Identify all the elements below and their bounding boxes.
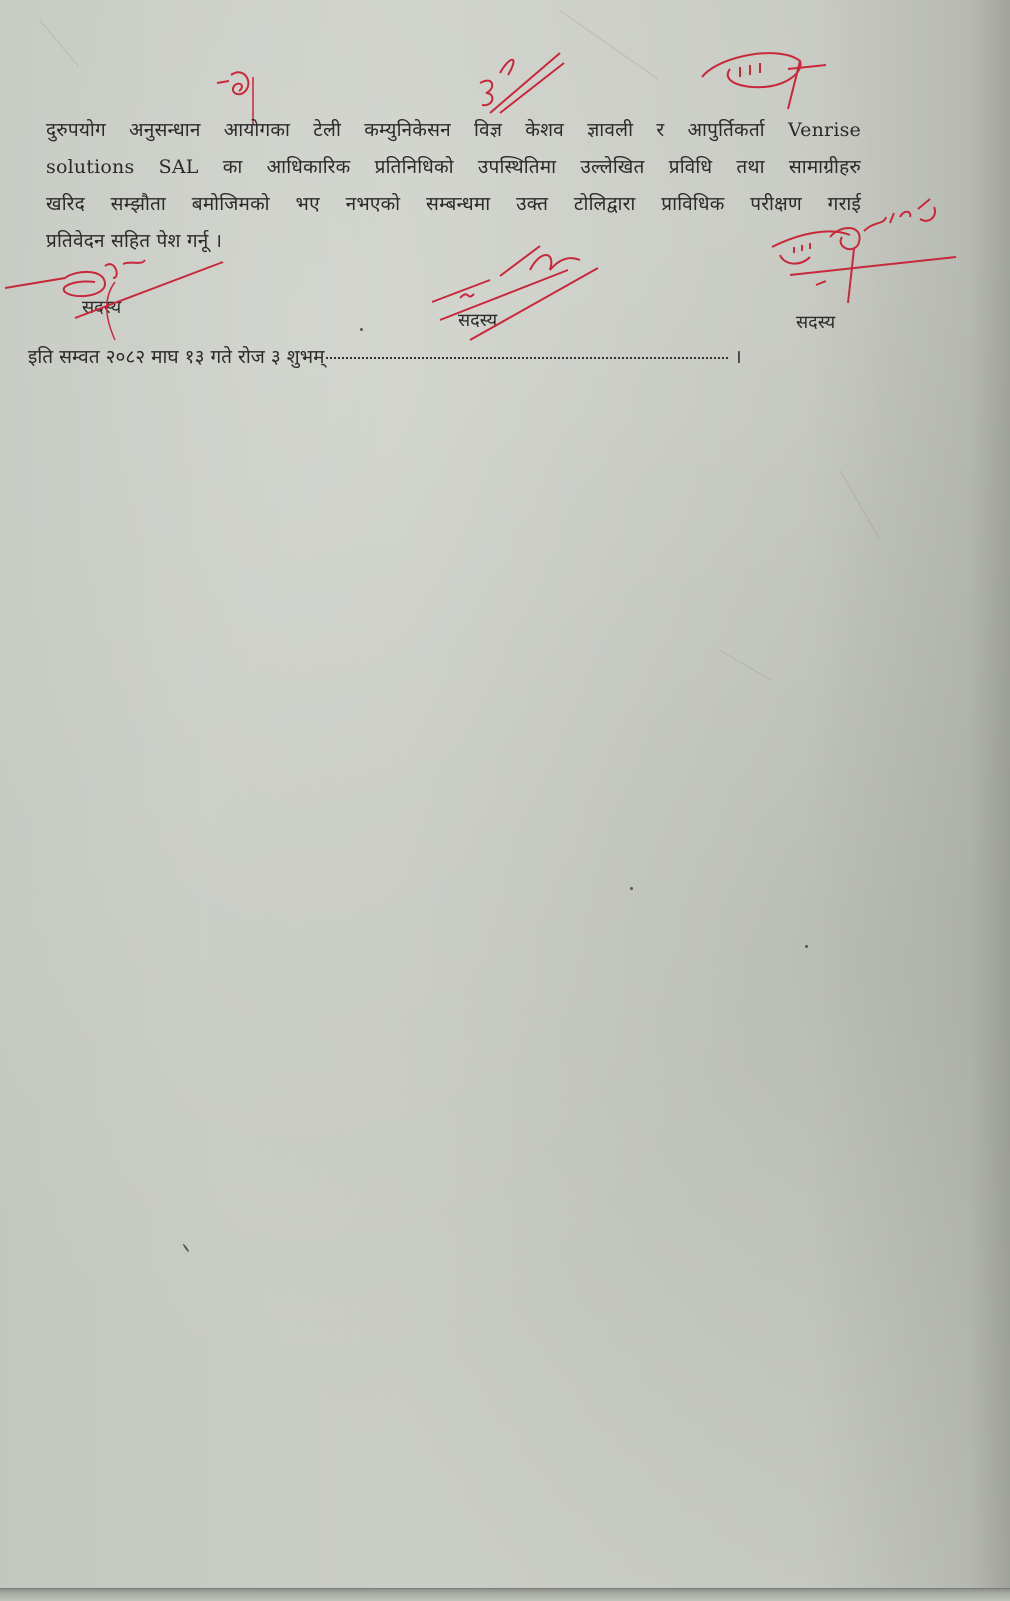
body-paragraph: दुरुपयोग अनुसन्धान आयोगका टेली कम्युनिके… [46,112,861,260]
paper-speck [182,1243,189,1252]
paper-speck [630,887,633,890]
paragraph-line-2: solutions SAL का आधिकारिक प्रतिनिधिको उप… [46,149,861,186]
page-shadow [970,0,1010,1601]
paragraph-line-4: प्रतिवेदन सहित पेश गर्नू । [46,223,861,260]
paragraph-line-1: दुरुपयोग अनुसन्धान आयोगका टेली कम्युनिके… [46,112,861,149]
signature-initial-2 [460,45,570,119]
signatory-label-left: सदस्य [82,295,121,319]
paper-crease [840,470,881,540]
paper-crease [40,20,79,67]
signature-initial-3 [700,45,830,119]
dotted-fill-line [326,357,728,359]
scanned-document-page: दुरुपयोग अनुसन्धान आयोगका टेली कम्युनिके… [0,0,1010,1601]
closing-danda: । [734,343,741,369]
paper-speck [360,328,363,331]
closing-date-text: इति सम्वत २०८२ माघ १३ गते रोज ३ शुभम् [28,343,324,369]
paper-speck [805,945,808,948]
page-bottom-edge [0,1588,1010,1601]
paper-crease [720,650,772,681]
closing-date-line: इति सम्वत २०८२ माघ १३ गते रोज ३ शुभम् । [28,343,742,369]
signatory-label-center: सदस्य [458,308,497,332]
paragraph-line-3: खरिद सम्झौता बमोजिमको भए नभएको सम्बन्धमा… [46,186,861,223]
signatory-label-right: सदस्य [796,310,835,334]
paper-crease [560,10,659,80]
